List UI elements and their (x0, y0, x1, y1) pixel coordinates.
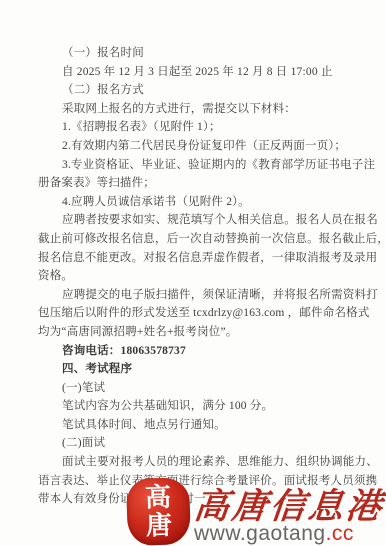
document-page: （一）报名时间自 2025 年 12 月 3 日起至 2025 年 12 月 8… (0, 0, 386, 546)
text-line: （一）报名时间 (38, 44, 354, 63)
text-line: 包压缩后以附件的形式发送至 tcxdrlzy@163.com ，邮件命名格式 (38, 304, 354, 323)
text-line: 3.专业资格证、毕业证、验证期内的《教育部学历证书电子注 (38, 156, 354, 175)
text-line: 2.有效期内第二代居民身份证复印件（正反两面一页）； (38, 137, 354, 156)
text-line: 自 2025 年 12 月 3 日起至 2025 年 12 月 8 日 17:0… (38, 63, 354, 82)
seal-char-top: 高 (144, 483, 171, 512)
text-line: (一)笔试 (38, 379, 354, 398)
gaotang-seal-logo-icon: 高 唐 (126, 477, 191, 546)
document-lines: （一）报名时间自 2025 年 12 月 3 日起至 2025 年 12 月 8… (38, 44, 354, 509)
text-line: 应聘提交的电子版扫描件，须保证清晰，并将报名所需资料打 (38, 286, 354, 305)
text-line: 笔试具体时间、地点另行通知。 (38, 416, 354, 435)
text-line: 4.应聘人员诚信承诺书（见附件 2）。 (38, 193, 354, 212)
text-line: 1.《招聘报名表》（见附件 1）； (38, 118, 354, 137)
watermark-brand-name: 高唐信息港 (192, 489, 386, 525)
text-line: 截止前可修改报名信息，后一次自动替换前一次信息。报名截止后， (38, 230, 354, 249)
seal-char-bottom: 唐 (145, 511, 172, 540)
text-line: 笔试内容为公共基础知识，满分 100 分。 (38, 397, 354, 416)
text-line: （二）报名方式 (38, 81, 354, 100)
site-watermark: 高 唐 高唐信息港 www.gaotang.cc (127, 478, 384, 545)
watermark-brand-block: 高唐信息港 www.gaotang.cc (194, 489, 384, 545)
text-line: 采取网上报名的方式进行，需提交以下材料： (38, 100, 354, 119)
text-line: (二)面试 (38, 434, 354, 453)
text-line: 均为“高唐同源招聘+姓名+报考岗位”。 (38, 323, 354, 342)
text-line: 面试主要对报考人员的理论素养、思维能力、组织协调能力、 (38, 453, 354, 472)
text-line: 四、考试程序 (38, 360, 354, 379)
text-line: 报名信息不能更改。对报名信息弄虚作假者，一律取消报考及录用 (38, 249, 354, 268)
text-line: 册备案表》等扫描件； (38, 174, 354, 193)
text-line: 咨询电话：18063578737 (38, 342, 354, 361)
text-line: 应聘者按要求如实、规范填写个人相关信息。报名人员在报名 (38, 211, 354, 230)
text-line: 资格。 (38, 267, 354, 286)
